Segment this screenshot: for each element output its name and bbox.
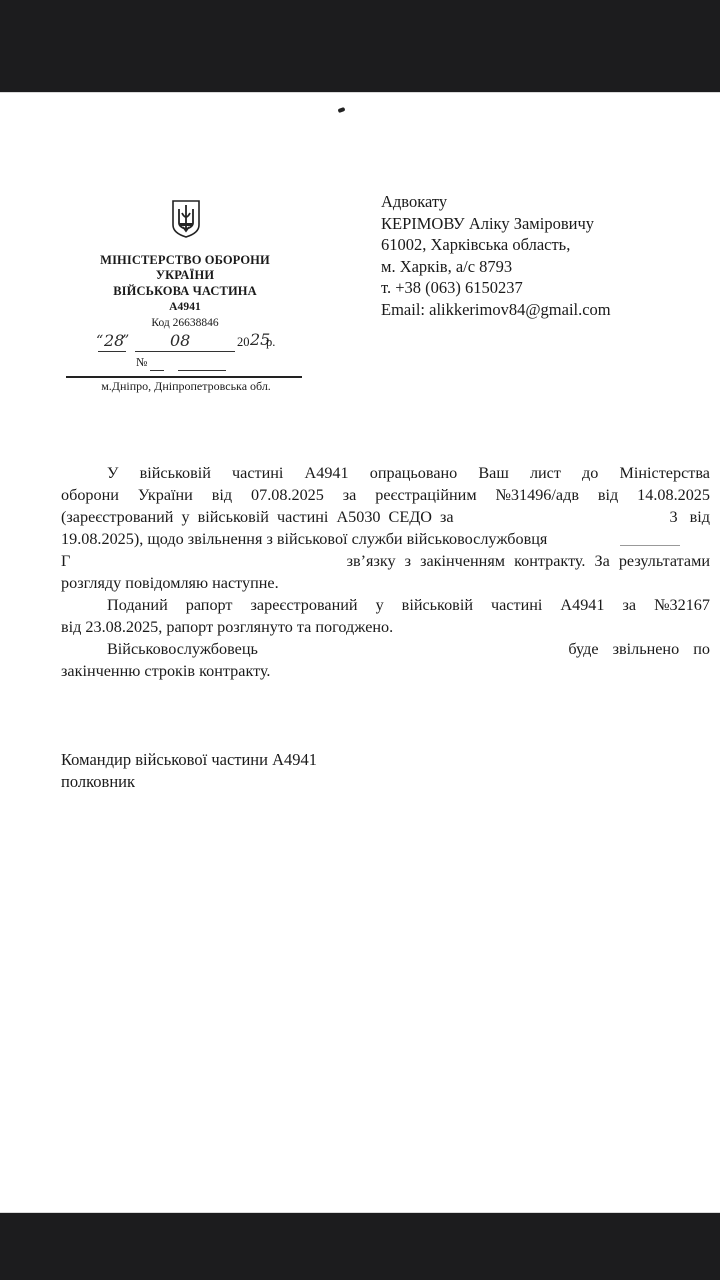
p1-line2: оборони України від 07.08.2025 за реєстр… <box>61 485 710 507</box>
p1-line5: Г зв’язку з закінченням контракту. За ре… <box>61 551 710 573</box>
addressee-city: м. Харків, а/с 8793 <box>381 256 611 278</box>
document-page: МІНІСТЕРСТВО ОБОРОНИ УКРАЇНИ ВІЙСЬКОВА Ч… <box>0 92 720 1213</box>
issuing-location: м.Дніпро, Дніпропетровська обл. <box>68 379 304 394</box>
date-year-mark: р. <box>266 335 275 350</box>
p1-line6: розгляду повідомляю наступне. <box>61 573 710 595</box>
number-underline-a <box>150 370 164 371</box>
scan-speck <box>338 107 346 113</box>
addressee-name: КЕРІМОВУ Аліку Заміровичу <box>381 213 611 235</box>
addressee-block: Адвокату КЕРІМОВУ Аліку Заміровичу 61002… <box>381 191 611 321</box>
p1-line5-right: зв’язку з закінченням контракту. За резу… <box>347 551 710 573</box>
document-date: “ 28 ” 08 20 25 р. <box>90 333 290 353</box>
signatory-rank: полковник <box>61 771 135 793</box>
p3-line1-left: Військовослужбовець <box>107 639 258 661</box>
p3-line1-right: буде звільнено по <box>568 639 710 661</box>
date-year-prefix: 20 <box>237 335 250 350</box>
p2-line2: від 23.08.2025, рапорт розглянуто та пог… <box>61 617 710 639</box>
edrpou-code: Код 26638846 <box>68 316 302 331</box>
number-underline-b <box>178 370 226 371</box>
day-underline <box>98 351 126 352</box>
p3-line1: Військовослужбовець буде звільнено по <box>61 639 710 661</box>
ministry-name-line1: МІНІСТЕРСТВО ОБОРОНИ <box>68 253 302 268</box>
p1-line3: (зареєстрований у військовій частині А50… <box>61 507 710 529</box>
redaction-remnant <box>620 545 680 546</box>
addressee-role: Адвокату <box>381 191 611 213</box>
addressee-email: Email: alikkerimov84@gmail.com <box>381 299 611 321</box>
p3-line2: закінченню строків контракту. <box>61 661 710 683</box>
p1-line1: У військовій частині А4941 опрацьовано В… <box>61 463 710 485</box>
p1-line5-left: Г <box>61 551 70 573</box>
signatory-title: Командир військової частини А4941 <box>61 749 317 771</box>
unit-code: А4941 <box>68 300 302 315</box>
month-underline <box>135 351 235 352</box>
date-month: 08 <box>170 331 190 350</box>
p1-line4: 19.08.2025), щодо звільнення з військово… <box>61 529 710 551</box>
p1-line3-left: (зареєстрований у військовій частині А50… <box>61 507 454 529</box>
number-label: № <box>136 355 147 370</box>
unit-name: ВІЙСЬКОВА ЧАСТИНА <box>68 284 302 299</box>
addressee-region: 61002, Харківська область, <box>381 234 611 256</box>
coat-of-arms-icon <box>171 199 201 239</box>
date-close-quote: ” <box>122 333 129 349</box>
date-open-quote: “ <box>96 333 103 349</box>
letterhead-divider <box>66 376 302 378</box>
p1-line3-right: 3 від <box>669 507 710 529</box>
ministry-name-line2: УКРАЇНИ <box>68 268 302 283</box>
addressee-phone: т. +38 (063) 6150237 <box>381 277 611 299</box>
p2-line1: Поданий рапорт зареєстрований у військов… <box>61 595 710 617</box>
